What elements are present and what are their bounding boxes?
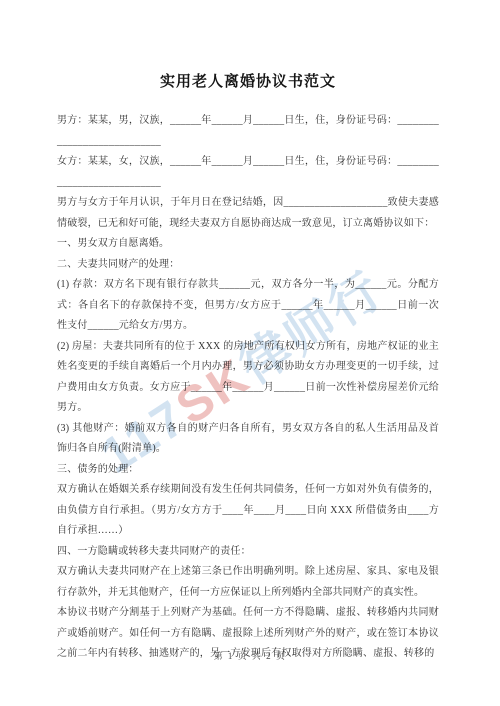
- paragraph-party-female: 女方：某某，女，汉族，______年______月______日生，住，身份证号…: [57, 152, 439, 193]
- clause-4-heading: 四、一方隐瞒或转移夫妻共同财产的责任：: [57, 542, 439, 563]
- clause-3-heading: 三、债务的处理：: [57, 460, 439, 481]
- clause-4-body-1: 双方确认夫妻共同财产在上述第三条已作出明确列明。除上述房屋、家具、家电及银行存款…: [57, 562, 439, 603]
- clause-3-body: 双方确认在婚姻关系存续期间没有发生任何共同债务，任何一方如对外负有债务的，由负债…: [57, 480, 439, 542]
- document-title: 实用老人离婚协议书范文: [57, 70, 439, 91]
- document-page: 实用老人离婚协议书范文 男方：某某，男，汉族，______年______月___…: [57, 70, 439, 665]
- paragraph-intro: 男方与女方于年月认识，于年月日在登记结婚，因__________________…: [57, 193, 439, 234]
- clause-2-item-deposits: (1) 存款：双方名下现有银行存款共______元，双方各分一半，为______…: [57, 275, 439, 337]
- paragraph-party-male: 男方：某某，男，汉族，______年______月______日生，住，身份证号…: [57, 111, 439, 152]
- clause-2-item-other-property: (3) 其他财产：婚前双方各自的财产归各自所有，男女双方各自的私人生活用品及首饰…: [57, 419, 439, 460]
- clause-2-item-house: (2) 房屋：夫妻共同所有的位于 XXX 的房地产所有权归女方所有，房地产权证的…: [57, 337, 439, 419]
- page-footer: 第 1 页 共 2 页: [0, 649, 500, 662]
- clause-2-heading: 二、夫妻共同财产的处理：: [57, 255, 439, 276]
- clause-1-heading: 一、男女双方自愿离婚。: [57, 234, 439, 255]
